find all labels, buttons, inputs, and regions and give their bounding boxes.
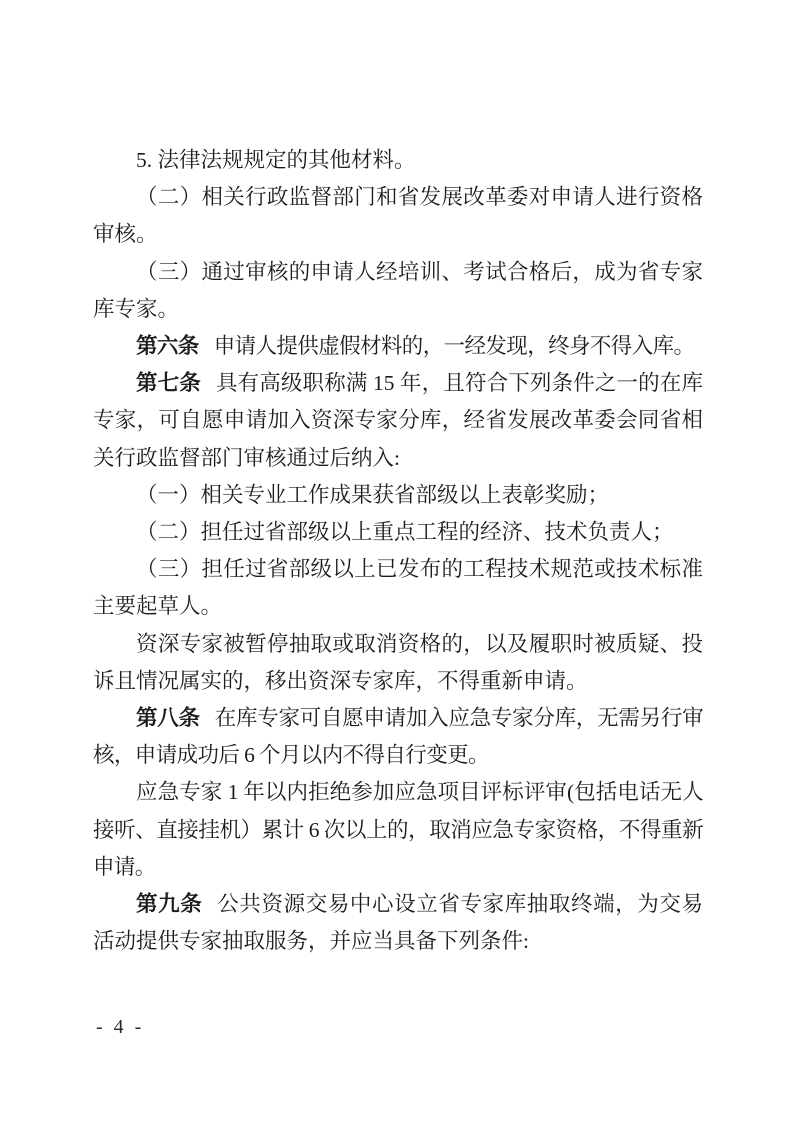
paragraph: （一）相关专业工作成果获省部级以上表彰奖励； [93, 477, 703, 514]
paragraph-text: 5. 法律法规规定的其他材料。 [136, 148, 416, 172]
article-number: 第九条 [136, 892, 202, 916]
paragraph: 第七条具有高级职称满 15 年，且符合下列条件之一的在库专家，可自愿申请加入资深… [93, 365, 703, 477]
paragraph: （三）通过审核的申请人经培训、考试合格后，成为省专家库专家。 [93, 254, 703, 328]
paragraph-text: 应急专家 1 年以内拒绝参加应急项目评标评审(包括电话无人接听、直接挂机）累计 … [93, 780, 703, 878]
paragraph: （二）相关行政监督部门和省发展改革委对申请人进行资格审核。 [93, 179, 703, 253]
paragraph: （三）担任过省部级以上已发布的工程技术规范或技术标准主要起草人。 [93, 551, 703, 625]
paragraph: 第九条公共资源交易中心设立省专家库抽取终端，为交易活动提供专家抽取服务，并应当具… [93, 886, 703, 960]
document-body: 5. 法律法规规定的其他材料。 （二）相关行政监督部门和省发展改革委对申请人进行… [93, 142, 703, 960]
page-number: - 4 - [96, 1016, 144, 1039]
paragraph: 资深专家被暂停抽取或取消资格的，以及履职时被质疑、投诉且情况属实的，移出资深专家… [93, 626, 703, 700]
article-number: 第六条 [136, 334, 199, 358]
paragraph-text: 资深专家被暂停抽取或取消资格的，以及履职时被质疑、投诉且情况属实的，移出资深专家… [93, 632, 703, 693]
article-number: 第七条 [136, 371, 201, 395]
paragraph-text: （三）担任过省部级以上已发布的工程技术规范或技术标准主要起草人。 [93, 557, 703, 618]
paragraph: 第六条申请人提供虚假材料的，一经发现，终身不得入库。 [93, 328, 703, 365]
paragraph: 5. 法律法规规定的其他材料。 [93, 142, 703, 179]
paragraph-text: （二）担任过省部级以上重点工程的经济、技术负责人； [136, 520, 674, 544]
article-number: 第八条 [136, 706, 200, 730]
paragraph-text: （二）相关行政监督部门和省发展改革委对申请人进行资格审核。 [93, 185, 703, 246]
paragraph-text: （三）通过审核的申请人经培训、考试合格后，成为省专家库专家。 [93, 260, 703, 321]
paragraph: 第八条在库专家可自愿申请加入应急专家分库，无需另行审核，申请成功后 6 个月以内… [93, 700, 703, 774]
paragraph-text: 申请人提供虚假材料的，一经发现，终身不得入库。 [214, 334, 695, 358]
paragraph-text: （一）相关专业工作成果获省部级以上表彰奖励； [136, 483, 609, 507]
paragraph: 应急专家 1 年以内拒绝参加应急项目评标评审(包括电话无人接听、直接挂机）累计 … [93, 774, 703, 886]
document-page: 5. 法律法规规定的其他材料。 （二）相关行政监督部门和省发展改革委对申请人进行… [0, 0, 793, 1122]
paragraph: （二）担任过省部级以上重点工程的经济、技术负责人； [93, 514, 703, 551]
